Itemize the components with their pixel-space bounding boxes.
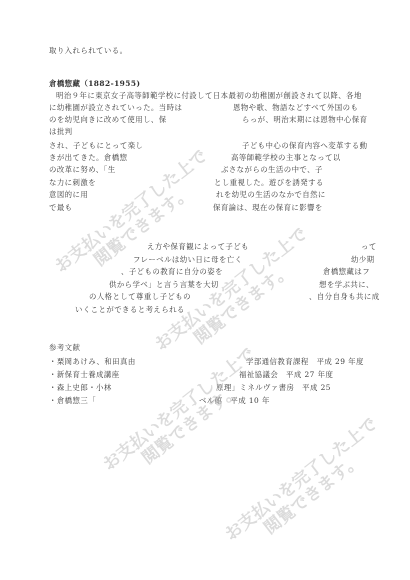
line-text-left: 、子どもの教育に自分の姿を	[121, 267, 223, 276]
line-text-right: れを幼児の生活のなかで自然に	[216, 190, 326, 199]
line-text: 明治９年に東京女子高等師範学校に付設して日本最初の幼稚園が創設されて以降、各地	[56, 91, 362, 100]
line-text-right: 、自分自身も共に成	[309, 292, 380, 301]
line-text-right: らっが、明治末期には恩物中心保育	[242, 115, 367, 124]
line-text-right: 保育論は、現在の保育に影響を	[213, 203, 323, 212]
reference-text-right: 原理」ミネルヴァ書房 平成 25	[216, 383, 331, 392]
line-text-left: フレーベルは幼い日に母を亡く	[133, 255, 242, 264]
line-text-left: で最も	[49, 203, 73, 212]
line-text-left: な力に刺激を	[49, 178, 96, 187]
line-text-right: 幼少期	[351, 255, 375, 264]
paragraph-line: 明治９年に東京女子高等師範学校に付設して日本最初の幼稚園が創設されて以降、各地	[56, 91, 362, 100]
line-text-left: のを幼児向きに改めて使用し、保	[49, 115, 167, 124]
reference-text-left: ・新保育士養成講座	[49, 370, 120, 379]
line-text-left: され、子どもにとって楽し	[49, 141, 143, 150]
intro-line: 取り入れられている。	[49, 46, 127, 55]
line-text-left: 供から学べ」と言う言葉を大切	[109, 280, 219, 289]
line-text-right: 子ども中心の保育内容へ変革する動	[242, 141, 367, 150]
reference-text-right: ベル館 平成 10 年	[199, 396, 270, 405]
reference-text-right: 福祉協議会 平成 27 年度	[239, 370, 333, 379]
document-page: 取り入れられている。 倉橋惣藏（1882-1955) 明治９年に東京女子高等師範…	[0, 0, 410, 580]
section-heading: 倉橋惣藏（1882-1955)	[49, 79, 140, 88]
watermark-line1: お支払いを完了した上で	[222, 415, 381, 545]
line-text-left: に幼稚園が設立されていった。当時は	[49, 103, 182, 112]
line-text-left: いくことができると考えられる	[75, 305, 185, 314]
references-heading: 参考文献	[49, 343, 80, 352]
reference-text-right: 学部通信教育課程 平成 29 年度	[246, 357, 364, 366]
line-text-right: 想を学ぶ共に、	[319, 280, 374, 289]
line-text-right: って	[361, 242, 377, 251]
line-text: は批判	[49, 127, 73, 136]
watermark-line2: 閲覧できます。	[234, 430, 393, 560]
line-text-left: 意図的に用	[49, 190, 88, 199]
line-text-left: え方や保育観によって子ども	[147, 242, 249, 251]
watermark-line2: 閲覧できます。	[112, 360, 271, 490]
reference-text-left: ・倉橋惣三「	[49, 396, 96, 405]
line-text-right: 倉橋惣藏はフ	[323, 267, 370, 276]
watermark: お支払いを完了した上で 閲覧できます。	[222, 415, 393, 560]
line-text-right: とし重視した。遊びを誘発する	[214, 178, 324, 187]
line-text-left: の人格として尊重し子どもの	[89, 292, 191, 301]
watermark: お支払いを完了した上で 閲覧できます。	[100, 345, 271, 490]
line-text-right: ぶさながらの生活の中で、子	[221, 165, 323, 174]
line-text-left: の改革に努め、「生	[49, 165, 116, 174]
reference-text-left: ・栗岡あけみ、和田真由	[49, 357, 136, 366]
line-text-left: きが出てきた。倉橋惣	[49, 153, 127, 162]
reference-text-left: ・森上史郎・小林	[49, 383, 112, 392]
line-text-right: 恩物や歌、物語などすべて外国のも	[233, 103, 358, 112]
line-text-right: 高等師範学校の主事となって以	[231, 153, 341, 162]
paragraph-line: は批判	[49, 127, 73, 136]
